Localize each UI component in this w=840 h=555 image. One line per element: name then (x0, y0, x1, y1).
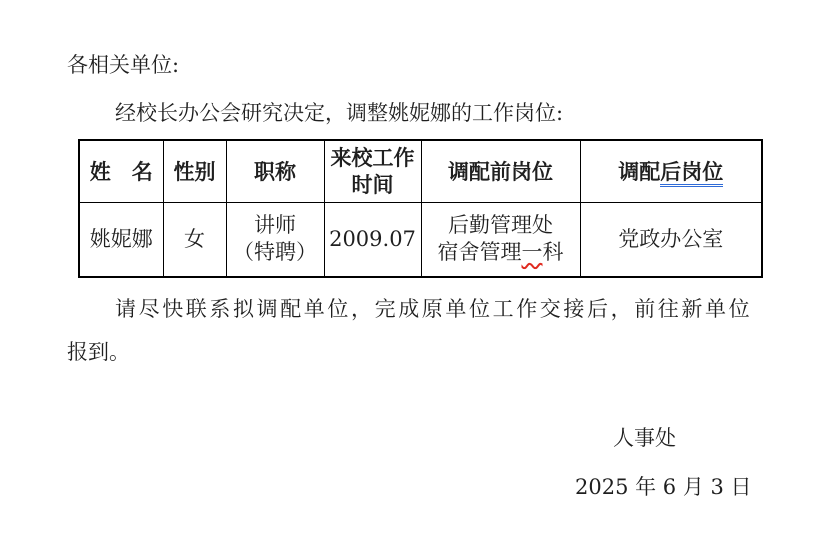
header-gender: 性别 (163, 140, 226, 202)
cell-pre-position: 后勤管理处 宿舍管理一科 (421, 202, 580, 277)
header-post-position-grammar-underline: 后岗位 (660, 159, 723, 187)
closing-paragraph-line1: 请尽快联系拟调配单位，完成原单位工作交接后，前往新单位 (67, 294, 752, 324)
table-data-row: 姚妮娜 女 讲师 （特聘） 2009.07 后勤管理处 宿舍管理一科 党政办公室 (79, 202, 762, 277)
header-start-time: 来校工作 时间 (324, 140, 421, 202)
salutation-line: 各相关单位: (67, 50, 179, 80)
cell-pre-position-line2: 宿舍管理一科 (422, 239, 580, 266)
intro-paragraph: 经校长办公会研究决定，调整姚妮娜的工作岗位: (67, 98, 563, 128)
signature-date: 2025 年 6 月 3 日 (575, 472, 752, 502)
header-title: 职称 (226, 140, 324, 202)
document-page: 各相关单位: 经校长办公会研究决定，调整姚妮娜的工作岗位: 姓 名 性别 职称 … (0, 0, 840, 555)
cell-title: 讲师 （特聘） (226, 202, 324, 277)
header-pre-position: 调配前岗位 (421, 140, 580, 202)
cell-start-time: 2009.07 (324, 202, 421, 277)
header-post-position-prefix: 调配 (618, 159, 660, 184)
cell-pre-position-line1: 后勤管理处 (422, 212, 580, 239)
header-name: 姓 名 (79, 140, 163, 202)
header-post-position: 调配后岗位 (580, 140, 762, 202)
closing-paragraph-line2: 报到。 (67, 337, 130, 367)
cell-pre-position-line2-after: 科 (543, 240, 564, 264)
cell-pre-position-line2-before: 宿舍管理 (438, 240, 522, 264)
table-header-row: 姓 名 性别 职称 来校工作 时间 调配前岗位 调配后岗位 (79, 140, 762, 202)
transfer-table: 姓 名 性别 职称 来校工作 时间 调配前岗位 调配后岗位 姚妮娜 女 讲师 （… (78, 139, 763, 278)
cell-post-position: 党政办公室 (580, 202, 762, 277)
signature-department: 人事处 (613, 423, 676, 453)
cell-pre-position-spell-underline: 一 (522, 240, 543, 264)
cell-name: 姚妮娜 (79, 202, 163, 277)
cell-gender: 女 (163, 202, 226, 277)
